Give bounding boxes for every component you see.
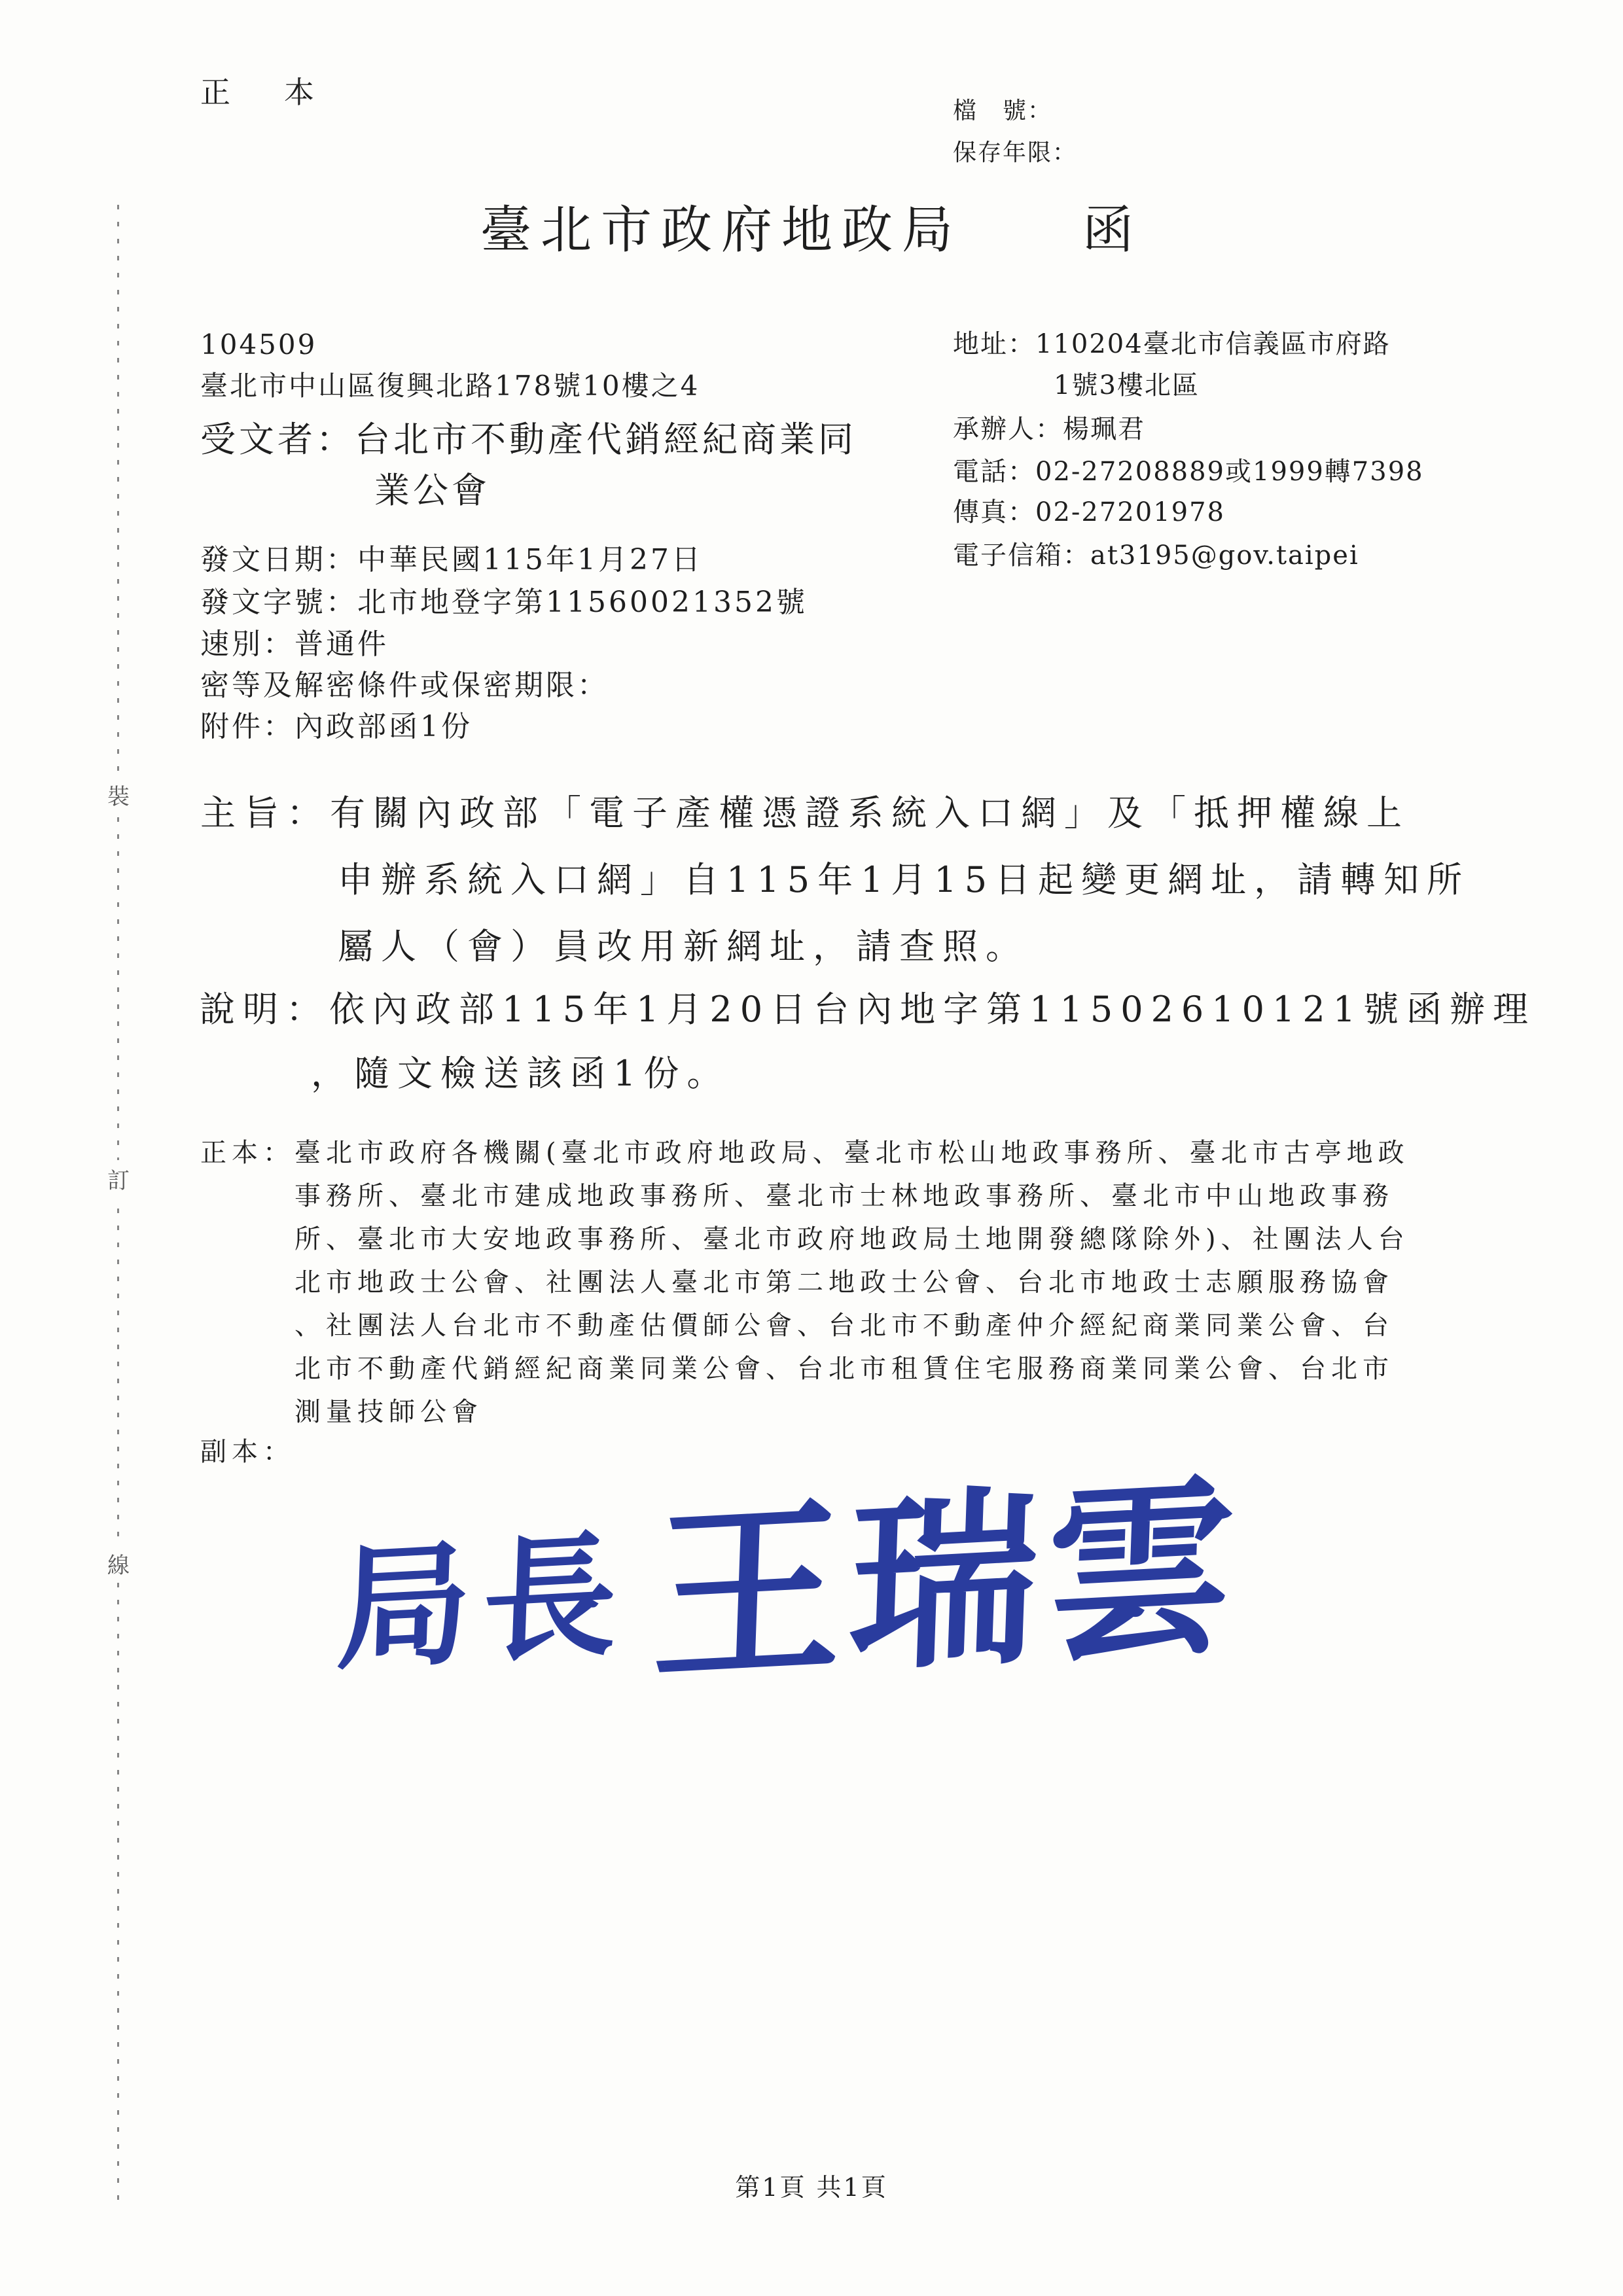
description-line2: ，隨文檢送該函1份。 bbox=[311, 1053, 730, 1094]
director-signature: 局長 王瑞雲 bbox=[333, 1454, 1245, 1720]
binding-mark-ding: 訂 bbox=[106, 1160, 131, 1197]
file-number-label: 檔 號： bbox=[953, 90, 1077, 132]
agency-contact-officer: 承辦人：楊珮君 bbox=[953, 414, 1145, 444]
issue-date: 發文日期：中華民國115年1月27日 bbox=[200, 544, 703, 577]
recipient-name-line1: 受文者：台北市不動產代銷經紀商業同 bbox=[200, 419, 857, 460]
document-title: 臺北市政府地政局 函 bbox=[0, 202, 1623, 260]
binding-dotted-line bbox=[117, 205, 119, 2200]
distribution-line: 北市不動產代銷經紀商業同業公會、台北市租賃住宅服務商業同業公會、台北市 bbox=[200, 1347, 1410, 1390]
subject-line3: 屬人（會）員改用新網址，請查照。 bbox=[338, 927, 1029, 967]
priority-level: 速別：普通件 bbox=[200, 628, 389, 662]
recipient-address: 臺北市中山區復興北路178號10樓之4 bbox=[200, 370, 700, 402]
original-copy-label: 正本： bbox=[200, 1138, 294, 1168]
subject-line2: 申辦系統入口網」自115年1月15日起變更網址，請轉知所 bbox=[338, 860, 1470, 900]
binding-mark-xian: 線 bbox=[106, 1545, 131, 1582]
recipient-name-line2: 業公會 bbox=[374, 470, 490, 511]
distribution-original-block: 正本：臺北市政府各機關(臺北市政府地政局、臺北市松山地政事務所、臺北市古亭地政 … bbox=[200, 1131, 1410, 1434]
carbon-copy-label: 副本： bbox=[200, 1437, 294, 1467]
document-number: 發文字號：北市地登字第11560021352號 bbox=[200, 586, 808, 620]
retention-period-label: 保存年限： bbox=[953, 132, 1077, 174]
copy-type-label: 正 本 bbox=[200, 75, 326, 110]
security-classification: 密等及解密條件或保密期限： bbox=[200, 669, 609, 703]
page-number-footer: 第1頁 共1頁 bbox=[0, 2174, 1623, 2202]
signature-title: 局長 bbox=[334, 1518, 632, 1688]
distribution-line: 事務所、臺北市建成地政事務所、臺北市士林地政事務所、臺北市中山地政事務 bbox=[200, 1174, 1410, 1218]
agency-email: 電子信箱：at3195@gov.taipei bbox=[953, 540, 1359, 571]
distribution-line-text: 臺北市政府各機關(臺北市政府地政局、臺北市松山地政事務所、臺北市古亭地政 bbox=[294, 1138, 1410, 1168]
distribution-line: 、社團法人台北市不動產估價師公會、台北市不動產仲介經紀商業同業公會、台 bbox=[200, 1304, 1410, 1347]
subject-line1: 主旨：有關內政部「電子產權憑證系統入口網」及「抵押權線上 bbox=[200, 793, 1410, 834]
agency-address-line2: 1號3樓北區 bbox=[1054, 370, 1200, 400]
agency-phone: 電話：02-27208889或1999轉7398 bbox=[953, 457, 1424, 487]
agency-fax: 傳真：02-27201978 bbox=[953, 497, 1225, 527]
file-reference-block: 檔 號： 保存年限： bbox=[953, 90, 1077, 174]
agency-address-line1: 地址：110204臺北市信義區市府路 bbox=[953, 329, 1391, 359]
distribution-line: 正本：臺北市政府各機關(臺北市政府地政局、臺北市松山地政事務所、臺北市古亭地政 bbox=[200, 1131, 1410, 1174]
description-line1: 說明：依內政部115年1月20日台內地字第11502610121號函辦理 bbox=[200, 989, 1536, 1030]
distribution-line: 北市地政士公會、社團法人臺北市第二地政士公會、台北市地政士志願服務協會 bbox=[200, 1261, 1410, 1304]
distribution-line: 所、臺北市大安地政事務所、臺北市政府地政局土地開發總隊除外)、社團法人台 bbox=[200, 1218, 1410, 1261]
recipient-postal-code: 104509 bbox=[200, 329, 317, 361]
binding-mark-zhuang: 裝 bbox=[106, 776, 131, 813]
attachment-note: 附件：內政部函1份 bbox=[200, 711, 473, 744]
scanned-letter-page: 裝 訂 線 正 本 檔 號： 保存年限： 臺北市政府地政局 函 104509 臺… bbox=[0, 0, 1623, 2296]
distribution-line: 測量技師公會 bbox=[200, 1390, 1410, 1434]
signature-name: 王瑞雲 bbox=[649, 1458, 1245, 1708]
